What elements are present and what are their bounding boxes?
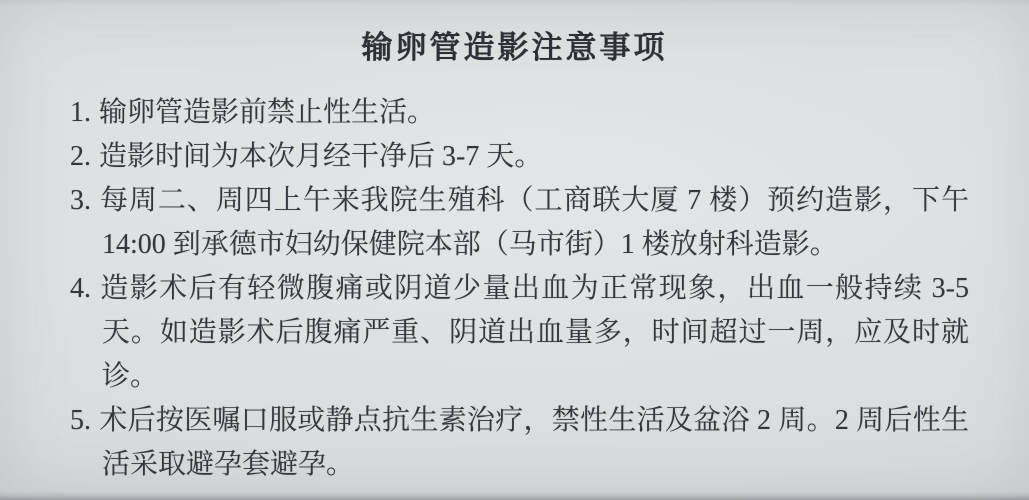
list-item: 3.每周二、周四上午来我院生殖科（工商联大厦 7 楼）预约造影，下午 14:00… (70, 179, 969, 267)
item-number: 5. (70, 405, 91, 436)
list-item: 1.输卵管造影前禁止性生活。 (70, 91, 969, 135)
item-text: 术后按医嘱口服或静点抗生素治疗，禁性生活及盆浴 2 周。2 周后性生活采取避孕套… (99, 405, 969, 480)
item-number: 3. (70, 185, 91, 216)
page-title: 输卵管造影注意事项 (0, 22, 1029, 67)
item-number: 2. (70, 141, 91, 172)
item-number: 1. (70, 97, 91, 128)
item-number: 4. (70, 273, 91, 304)
list-item: 2.造影时间为本次月经干净后 3-7 天。 (70, 135, 969, 179)
list-item: 5.术后按医嘱口服或静点抗生素治疗，禁性生活及盆浴 2 周。2 周后性生活采取避… (70, 399, 969, 487)
photographed-notice-paper: 输卵管造影注意事项 1.输卵管造影前禁止性生活。 2.造影时间为本次月经干净后 … (0, 0, 1029, 500)
item-text: 输卵管造影前禁止性生活。 (99, 97, 435, 128)
list-item: 4.造影术后有轻微腹痛或阴道少量出血为正常现象，出血一般持续 3-5 天。如造影… (70, 267, 969, 399)
item-text: 造影术后有轻微腹痛或阴道少量出血为正常现象，出血一般持续 3-5 天。如造影术后… (99, 273, 969, 392)
item-text: 造影时间为本次月经干净后 3-7 天。 (99, 141, 542, 172)
notice-page: 输卵管造影注意事项 1.输卵管造影前禁止性生活。 2.造影时间为本次月经干净后 … (0, 0, 1029, 487)
notice-list: 1.输卵管造影前禁止性生活。 2.造影时间为本次月经干净后 3-7 天。 3.每… (70, 91, 969, 487)
item-text: 每周二、周四上午来我院生殖科（工商联大厦 7 楼）预约造影，下午 14:00 到… (99, 185, 969, 260)
